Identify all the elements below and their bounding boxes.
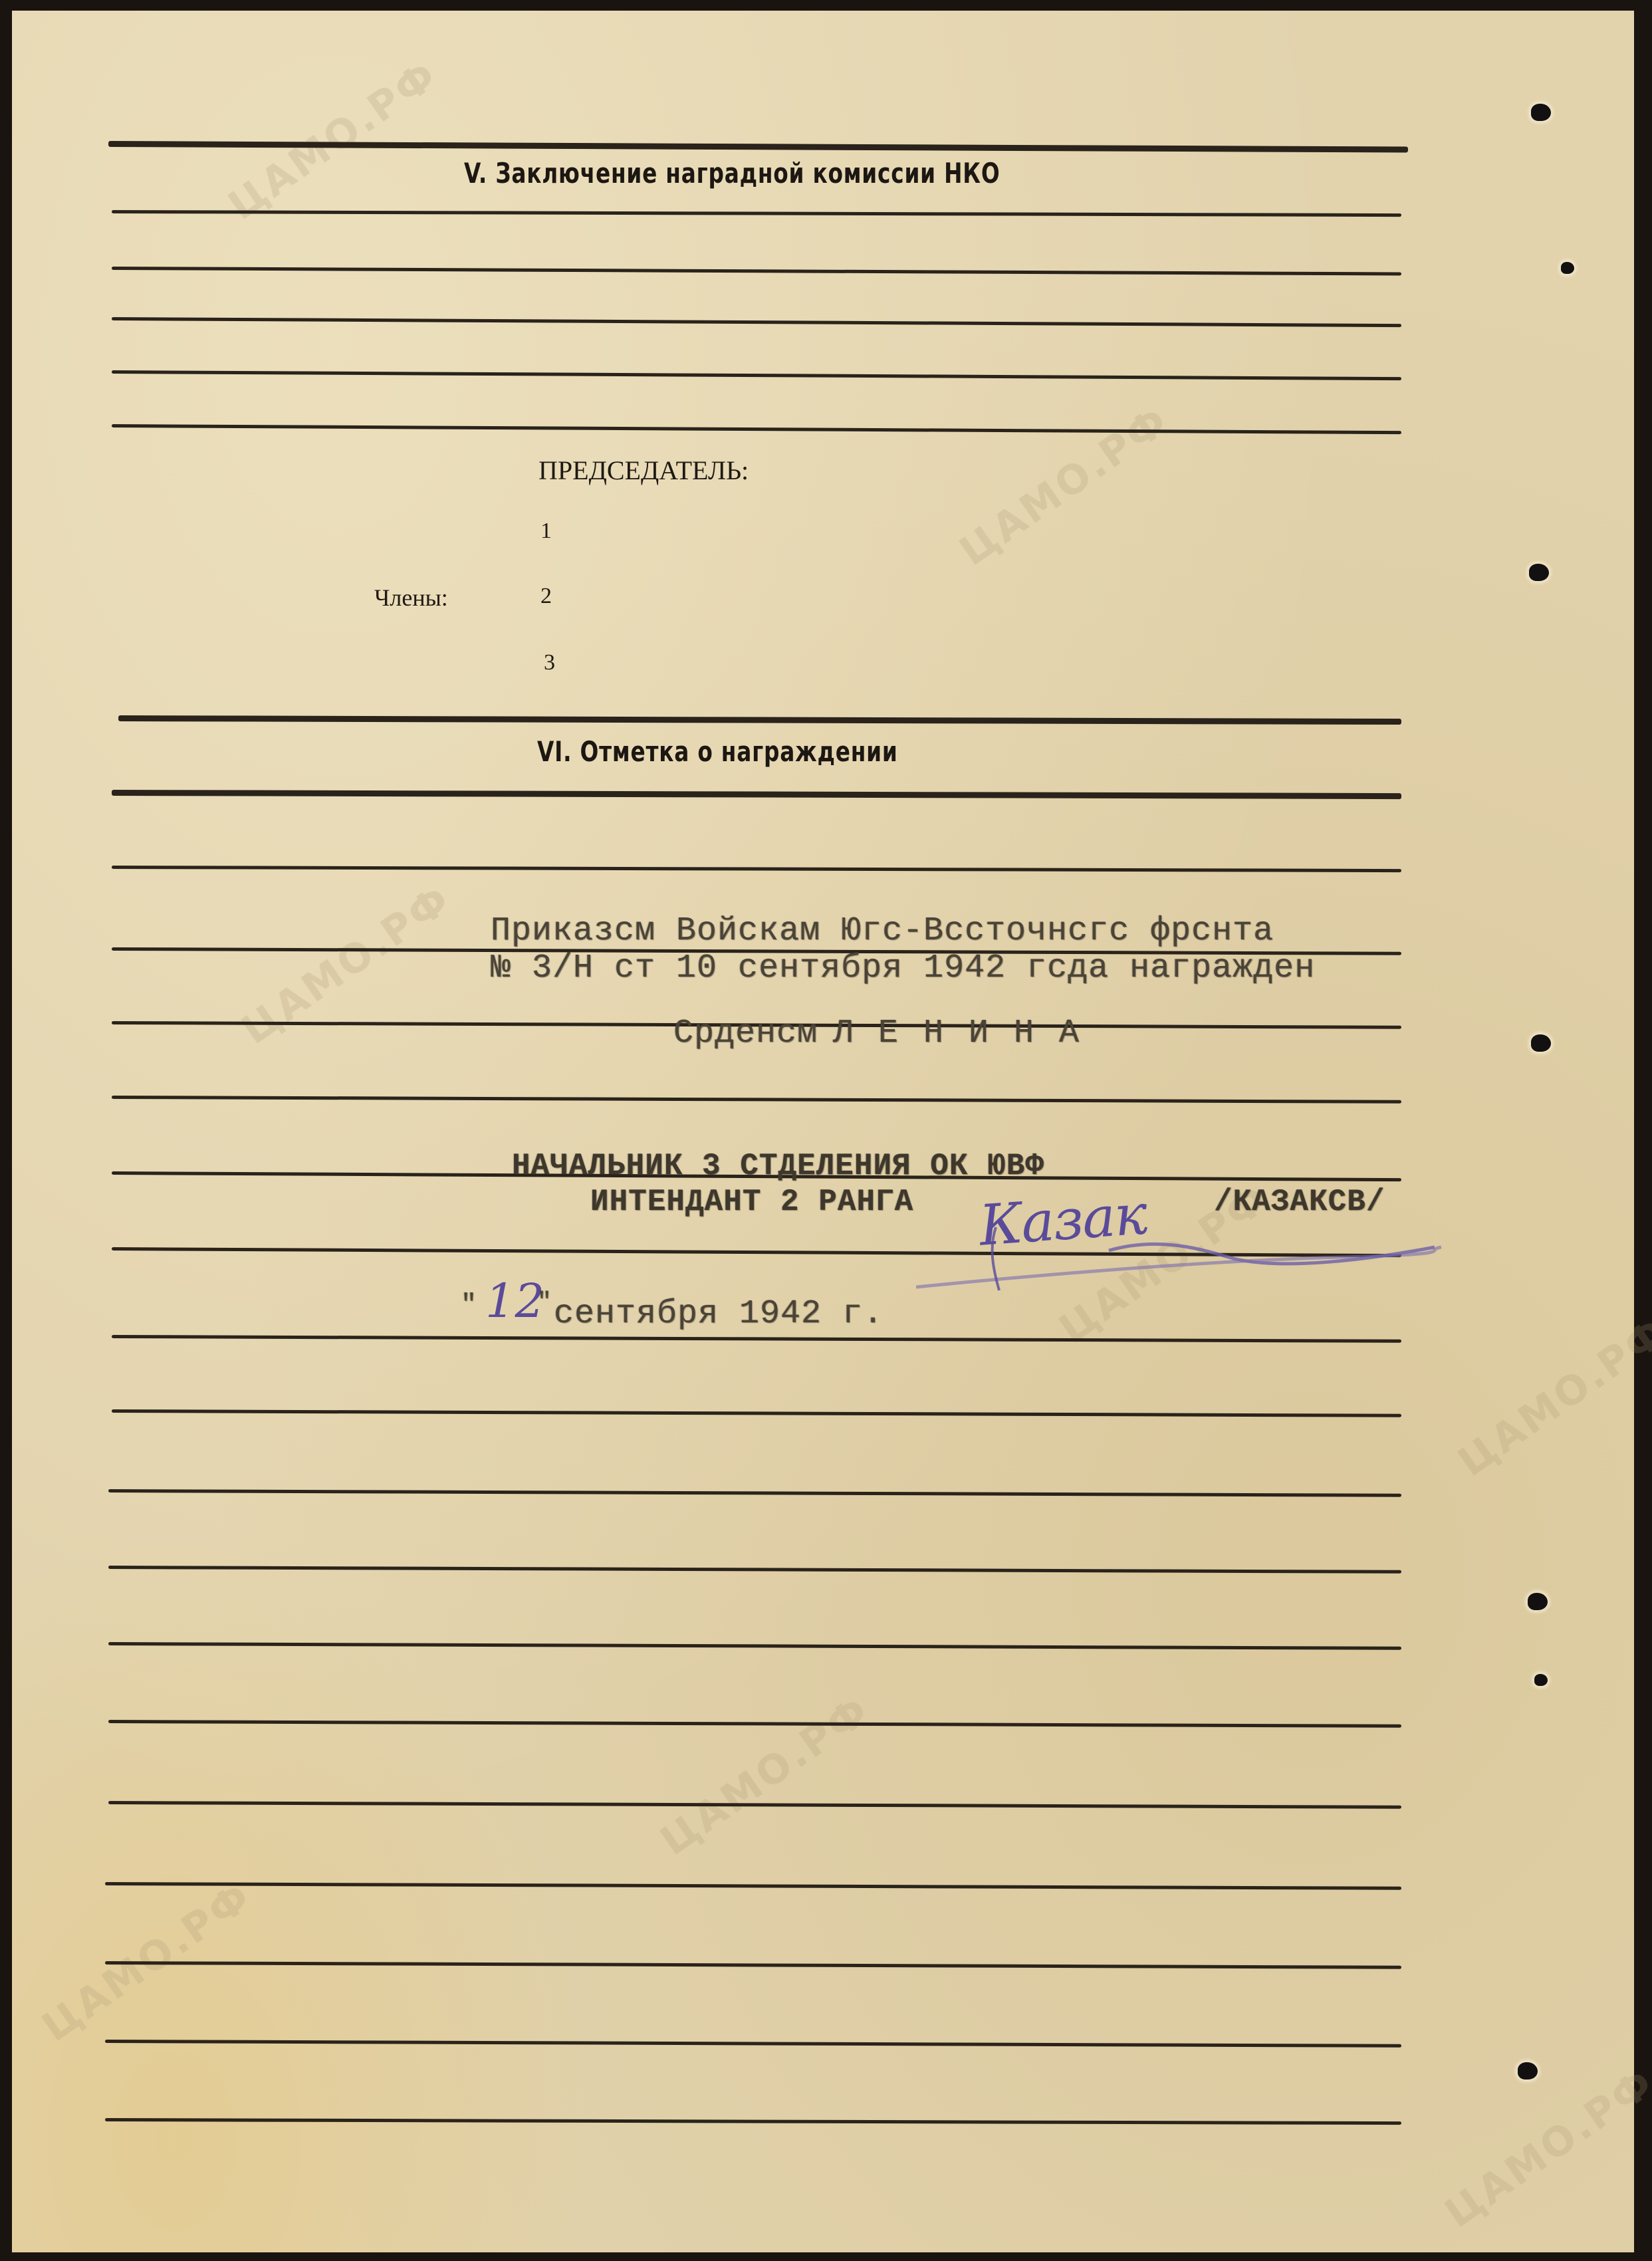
watermark: ЦАМО.РФ — [233, 876, 460, 1054]
members-label: Члены: — [374, 584, 448, 612]
punch-hole — [1561, 262, 1574, 274]
form-line — [105, 2040, 1401, 2048]
form-line — [112, 370, 1401, 380]
member-number-2: 2 — [540, 584, 552, 609]
form-line — [112, 1409, 1401, 1417]
award-name: Л Е Н И Н А — [833, 1014, 1082, 1052]
order-line-2: № 3/Н ст 10 сентября 1942 гсда награжден — [491, 949, 1315, 987]
form-line — [108, 1642, 1401, 1650]
date-day: 12 — [485, 1274, 544, 1328]
form-line — [112, 424, 1401, 434]
date-quote-close: " — [537, 1288, 552, 1316]
form-line — [105, 2118, 1401, 2125]
punch-hole — [1534, 1674, 1548, 1686]
member-number-3: 3 — [544, 650, 555, 675]
section-vi-title: VI. Отметка о награждении — [537, 735, 898, 768]
watermark: ЦАМО.РФ — [1450, 1308, 1652, 1486]
date-rest: сентября 1942 г. — [554, 1295, 884, 1333]
form-line — [112, 866, 1401, 872]
award-prefix: Срденсм — [673, 1014, 818, 1052]
form-line — [108, 1720, 1401, 1728]
form-line — [112, 317, 1401, 327]
punch-hole — [1529, 564, 1549, 581]
date-quote-open: " — [461, 1290, 477, 1320]
section-divider — [112, 790, 1401, 799]
section-v-title: V. Заключение наградной комиссии НКО — [464, 157, 1000, 189]
order-line-1: Приказсм Войскам Югс-Вссточнсгс фрснта — [491, 912, 1274, 950]
document-page: ЦАМО.РФ ЦАМО.РФ ЦАМО.РФ ЦАМО.РФ ЦАМО.РФ … — [12, 11, 1634, 2252]
punch-hole — [1531, 104, 1551, 121]
signer-title-1: НАЧАЛЬНИК 3 СТДЕЛЕНИЯ ОК ЮВФ — [512, 1149, 1044, 1183]
punch-hole — [1528, 1593, 1548, 1610]
watermark: ЦАМО.РФ — [652, 1687, 879, 1865]
form-line — [105, 1961, 1401, 1969]
form-line — [112, 210, 1401, 217]
form-line — [108, 1489, 1401, 1497]
watermark: ЦАМО.РФ — [220, 51, 447, 229]
form-line — [105, 1882, 1401, 1890]
form-line — [112, 267, 1401, 275]
member-number-1: 1 — [540, 519, 552, 544]
chairman-label: ПРЕДСЕДАТЕЛЬ: — [538, 455, 749, 486]
section-divider — [118, 715, 1401, 725]
watermark: ЦАМО.РФ — [951, 397, 1178, 575]
watermark: ЦАМО.РФ — [1437, 2059, 1652, 2237]
signature-flourish-icon — [916, 1221, 1461, 1294]
form-line — [108, 1566, 1401, 1574]
form-line — [112, 1335, 1401, 1343]
punch-hole — [1518, 2062, 1538, 2080]
signer-name: /КАЗАКСВ/ — [1214, 1185, 1385, 1219]
punch-hole — [1531, 1034, 1551, 1052]
form-line — [112, 1096, 1401, 1104]
signer-title-2: ИНТЕНДАНТ 2 РАНГА — [590, 1185, 913, 1219]
